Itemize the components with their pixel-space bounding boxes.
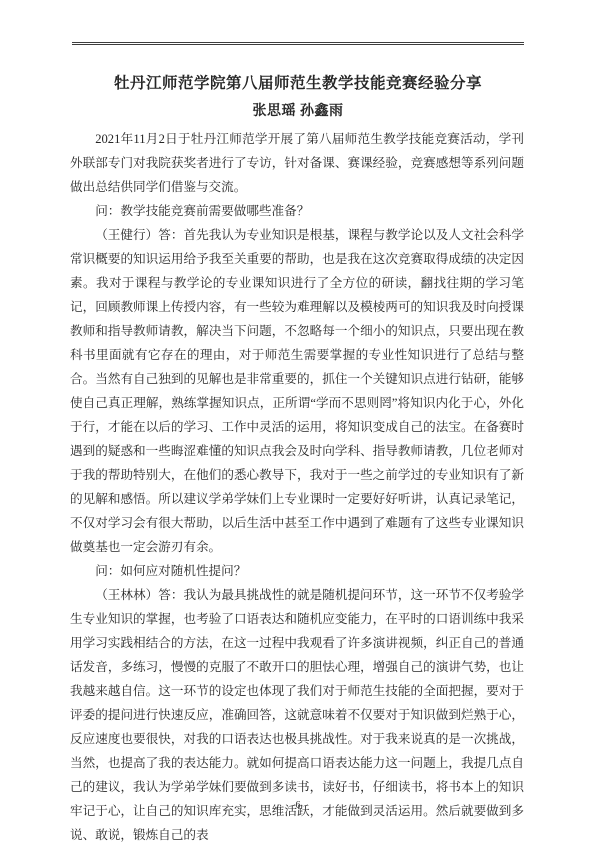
paragraph-intro: 2021年11月2日于牡丹江师范学开展了第八届师范生教学技能竞赛活动，学刊外联部… xyxy=(70,127,524,199)
page-title: 牡丹江师范学院第八届师范生教学技能竞赛经验分享 xyxy=(0,71,596,93)
page-number: 6 xyxy=(0,800,596,811)
paragraph-question-1: 问：教学技能竞赛前需要做哪些准备？ xyxy=(70,199,524,223)
document-body: 2021年11月2日于牡丹江师范学开展了第八届师范生教学技能竞赛活动，学刊外联部… xyxy=(70,127,524,843)
header-rule xyxy=(72,42,524,45)
authors-byline: 张思瑶 孙鑫雨 xyxy=(0,100,596,120)
paragraph-question-2: 问：如何应对随机性提问？ xyxy=(70,559,524,583)
paragraph-answer-1: （王健行）答：首先我认为专业知识是根基，课程与教学论以及人文社会科学常识概要的知… xyxy=(70,223,524,559)
document-page: 牡丹江师范学院第八届师范生教学技能竞赛经验分享 张思瑶 孙鑫雨 2021年11月… xyxy=(0,0,596,843)
